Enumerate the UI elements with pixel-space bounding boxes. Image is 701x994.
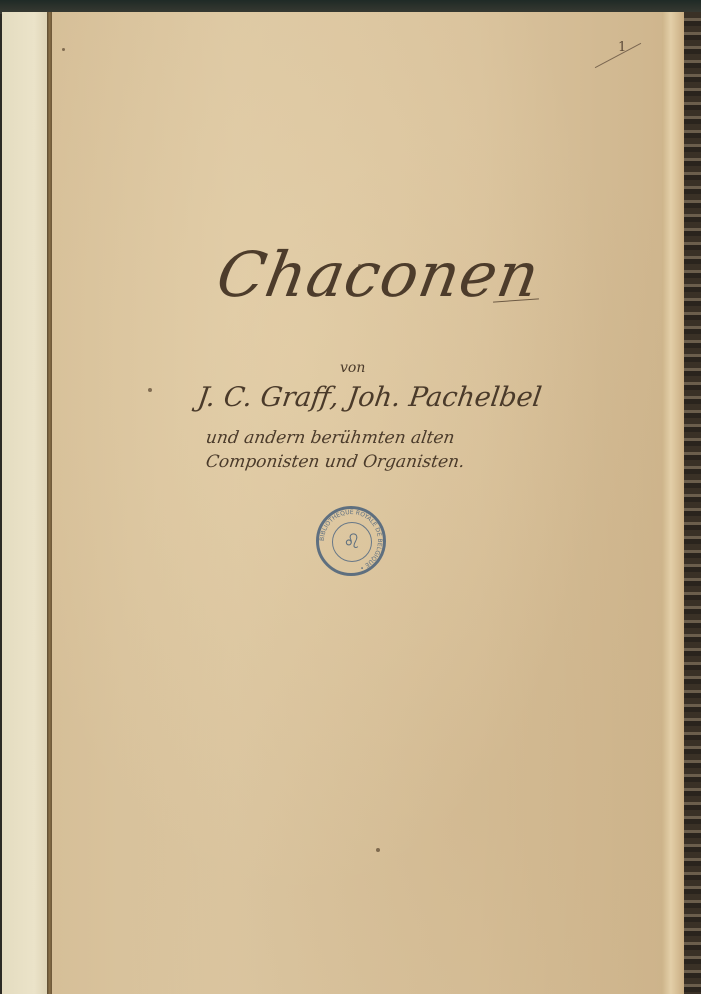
paper-stain — [376, 848, 380, 852]
paper-stain — [148, 388, 152, 392]
page-fore-edge — [662, 12, 684, 994]
composer-names: J. C. Graff, Joh. Pachelbel — [196, 382, 544, 413]
manuscript-title: Chaconen — [212, 238, 546, 311]
byline-von: von — [340, 360, 365, 376]
left-page-leaf — [2, 12, 48, 994]
manuscript-page — [52, 12, 662, 994]
library-stamp: BIBLIOTHÈQUE ROYALE DE BELGIQUE • ♌ — [316, 506, 386, 576]
stamp-inner-ring: ♌ — [332, 522, 372, 562]
subtitle-line-2: Componisten und Organisten. — [205, 452, 466, 472]
lion-icon: ♌ — [333, 529, 371, 553]
book-cover-edge — [684, 12, 701, 994]
paper-stain — [62, 48, 65, 51]
subtitle-line-1: und andern berühmten alten — [205, 428, 456, 448]
paper-stain — [358, 264, 361, 267]
